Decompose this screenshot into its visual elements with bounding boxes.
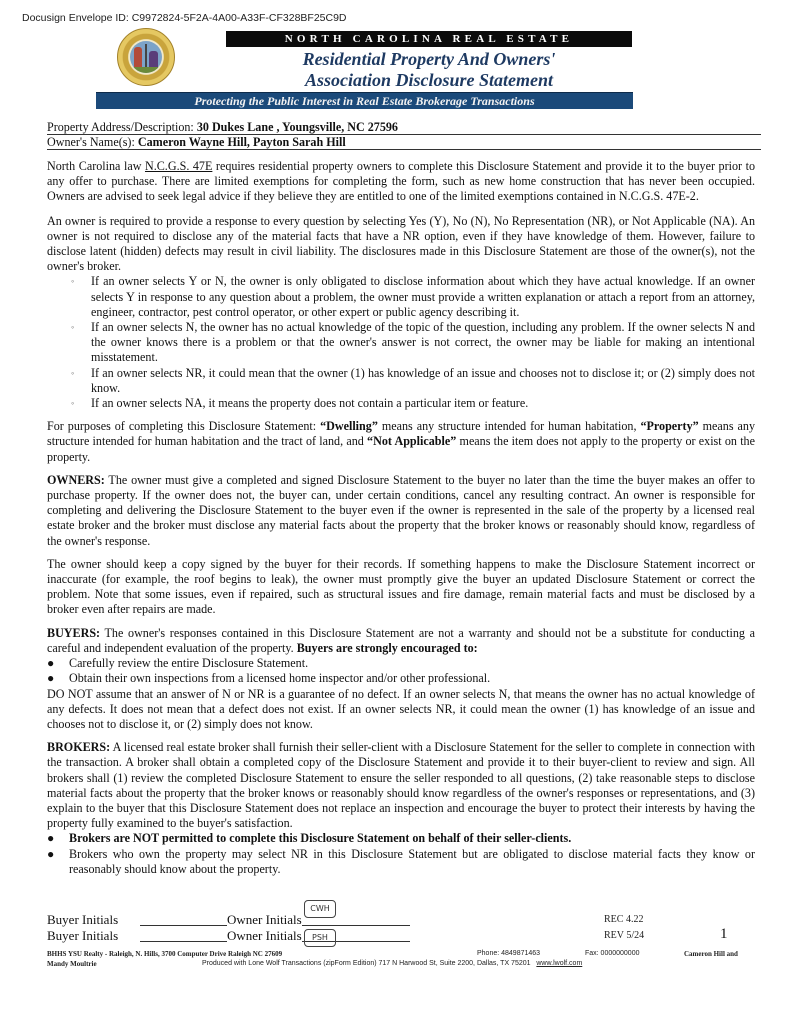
form-title-line-2: Association Disclosure Statement xyxy=(226,70,632,91)
brokerage-info: BHHS YSU Realty - Raleigh, N. Hills, 370… xyxy=(47,950,282,958)
list-item: ◦If an owner selects NA, it means the pr… xyxy=(47,396,755,411)
list-item: ●Obtain their own inspections from a lic… xyxy=(47,671,755,686)
property-address-field[interactable]: Property Address/Description: 30 Dukes L… xyxy=(47,120,755,135)
form-title-line-1: Residential Property And Owners' xyxy=(226,49,632,70)
bullet-icon: ● xyxy=(47,656,54,671)
client-name: Cameron Hill and xyxy=(684,950,738,958)
document-body: Property Address/Description: 30 Dukes L… xyxy=(47,120,755,877)
response-options-list: ◦If an owner selects Y or N, the owner i… xyxy=(47,274,755,411)
initials-row-2: Buyer Initials Owner Initials PSH xyxy=(47,928,787,944)
buyers-warning: DO NOT assume that an answer of N or NR … xyxy=(47,687,755,733)
owner-names-field[interactable]: Owner's Name(s): Cameron Wayne Hill, Pay… xyxy=(47,135,755,150)
rec-code: REC 4.22 xyxy=(604,914,643,925)
intro-text: North Carolina law xyxy=(47,159,145,173)
initials-section: Buyer Initials Owner Initials CWH Buyer … xyxy=(47,912,787,944)
brokers-list: ●Brokers are NOT permitted to complete t… xyxy=(47,831,755,877)
tagline-banner: Protecting the Public Interest in Real E… xyxy=(96,92,633,109)
bullet-icon: ◦ xyxy=(71,396,74,411)
ncgs-47e-link[interactable]: N.C.G.S. 47E xyxy=(145,159,212,173)
lwolf-link[interactable]: www.lwolf.com xyxy=(536,960,582,967)
property-address-value: 30 Dukes Lane , Youngsville, NC 27596 xyxy=(197,120,398,134)
intro-paragraph: North Carolina law N.C.G.S. 47E requires… xyxy=(47,159,755,205)
phone-number: Phone: 4849871463 xyxy=(477,950,540,957)
list-item: ◦If an owner selects Y or N, the owner i… xyxy=(47,274,755,320)
bullet-icon: ● xyxy=(47,831,54,846)
list-item: ●Carefully review the entire Disclosure … xyxy=(47,656,755,671)
owners-heading: OWNERS: xyxy=(47,473,105,487)
brokers-heading: BROKERS: xyxy=(47,740,110,754)
page-number: 1 xyxy=(720,926,728,943)
buyers-heading: BUYERS: xyxy=(47,626,100,640)
list-item: ●Brokers are NOT permitted to complete t… xyxy=(47,831,755,846)
list-item: ◦If an owner selects N, the owner has no… xyxy=(47,320,755,366)
owner-initials-field-2[interactable]: PSH xyxy=(304,929,336,947)
definitions-paragraph: For purposes of completing this Disclosu… xyxy=(47,419,755,465)
owner-names-value: Cameron Wayne Hill, Payton Sarah Hill xyxy=(138,135,346,149)
fax-number: Fax: 0000000000 xyxy=(585,950,640,957)
owner-initials-field-1[interactable]: CWH xyxy=(304,900,336,918)
produced-with: Produced with Lone Wolf Transactions (zi… xyxy=(202,960,582,967)
rev-code: REV 5/24 xyxy=(604,930,644,941)
response-paragraph: An owner is required to provide a respon… xyxy=(47,214,755,275)
bullet-icon: ● xyxy=(47,847,54,862)
owner-names-label: Owner's Name(s): xyxy=(47,135,135,150)
term-dwelling: “Dwelling” xyxy=(320,419,378,433)
buyers-encouraged: Buyers are strongly encouraged to: xyxy=(297,641,478,655)
bullet-icon: ◦ xyxy=(71,274,74,289)
bullet-icon: ◦ xyxy=(71,366,74,381)
buyer-initials-label: Buyer Initials xyxy=(47,912,118,928)
agent-name: Mandy Moultrie xyxy=(47,960,97,968)
initials-row-1: Buyer Initials Owner Initials CWH xyxy=(47,912,787,928)
buyers-paragraph: BUYERS: The owner's responses contained … xyxy=(47,626,755,656)
owners-copy-paragraph: The owner should keep a copy signed by t… xyxy=(47,557,755,618)
property-address-label: Property Address/Description: xyxy=(47,120,194,135)
commission-banner: NORTH CAROLINA REAL ESTATE COMMISSION xyxy=(226,31,632,47)
owner-initials-line-1 xyxy=(302,925,410,926)
owner-initials-label: Owner Initials xyxy=(227,928,302,944)
list-item: ◦If an owner selects NR, it could mean t… xyxy=(47,366,755,396)
term-property: “Property” xyxy=(640,419,698,433)
nc-state-seal-icon xyxy=(117,28,175,86)
docusign-envelope-id: Docusign Envelope ID: C9972824-5F2A-4A00… xyxy=(22,12,347,24)
bullet-icon: ◦ xyxy=(71,320,74,335)
buyers-list: ●Carefully review the entire Disclosure … xyxy=(47,656,755,686)
term-not-applicable: “Not Applicable” xyxy=(367,434,456,448)
owners-paragraph: OWNERS: The owner must give a completed … xyxy=(47,473,755,549)
owner-initials-label: Owner Initials xyxy=(227,912,302,928)
brokers-paragraph: BROKERS: A licensed real estate broker s… xyxy=(47,740,755,831)
list-item: ●Brokers who own the property may select… xyxy=(47,847,755,877)
bullet-icon: ● xyxy=(47,671,54,686)
buyer-initials-label: Buyer Initials xyxy=(47,928,118,944)
